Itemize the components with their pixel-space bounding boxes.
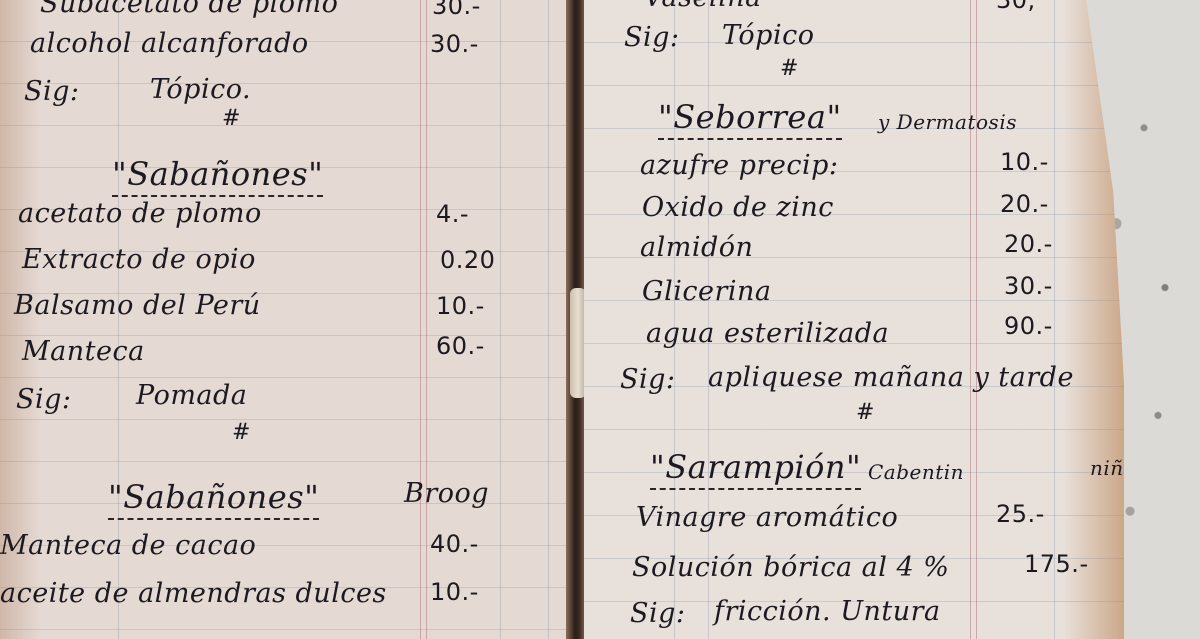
notebook-photo: Subacetato de plomo 30.- alcohol alcanfo… [0, 0, 1200, 639]
sig-label: Sig: [624, 22, 680, 53]
ingredient-line: Balsamo del Perú [14, 290, 261, 321]
sig-text: Pomada [136, 380, 247, 411]
amount: 40.- [430, 530, 479, 558]
sig-text: Tópico [722, 20, 814, 51]
sig-label: Sig: [16, 384, 72, 415]
sig-text: apliquese mañana y tarde [708, 362, 1074, 393]
end-mark: # [222, 106, 240, 131]
amount: 60.- [436, 332, 485, 360]
recipe-title: "Sabañones" [112, 155, 323, 197]
ingredient-line: Oxido de zinc [642, 192, 834, 223]
recipe-author: Cabentin [868, 460, 964, 484]
recipe-title: "Sarampión" [650, 448, 861, 490]
ingredient-line: Vaselina [644, 0, 762, 13]
ingredient-line: Vinagre aromático [636, 502, 898, 533]
amount: 30.- [430, 30, 479, 58]
ingredient-line: Subacetato de plomo [40, 0, 338, 19]
ingredient-line: alcohol alcanforado [30, 28, 309, 59]
ingredient-line: Solución bórica al 4 % [632, 552, 949, 583]
end-mark: # [232, 420, 250, 445]
ingredient-line: Manteca de cacao [0, 530, 256, 561]
recipe-title: "Seborrea" [658, 98, 842, 140]
recipe-subtitle: y Dermatosis [878, 110, 1017, 134]
ingredient-line: azufre precip: [640, 150, 838, 181]
sig-text: Tópico. [150, 74, 251, 105]
amount: 30.- [1004, 272, 1053, 300]
amount: 10.- [430, 578, 479, 606]
sig-label: Sig: [620, 364, 676, 395]
amount: 90.- [1004, 312, 1053, 340]
left-page: Subacetato de plomo 30.- alcohol alcanfo… [0, 0, 572, 639]
amount: 10.- [436, 292, 485, 320]
recipe-title: "Sabañones" [108, 478, 319, 520]
ingredient-line: Manteca [22, 336, 145, 367]
amount: 30.- [432, 0, 481, 20]
ingredient-line: Glicerina [642, 276, 771, 307]
recipe-author: Broog [404, 478, 489, 509]
amount: 0.20 [440, 246, 495, 274]
ingredient-line: almidón [640, 232, 753, 263]
amount: 25.- [996, 500, 1045, 528]
sig-label: Sig: [24, 76, 80, 107]
amount: 10.- [1000, 148, 1049, 176]
end-mark: # [856, 400, 874, 425]
ingredient-line: aceite de almendras dulces [0, 578, 387, 609]
amount: 30, [996, 0, 1036, 14]
sig-text: fricción. Untura [714, 596, 941, 627]
ingredient-line: agua esterilizada [646, 318, 889, 349]
sig-label: Sig: [630, 598, 686, 629]
amount: 4.- [436, 200, 469, 228]
end-mark: # [780, 56, 798, 81]
binding-thread [570, 288, 586, 398]
amount: 20.- [1000, 190, 1049, 218]
amount: 20.- [1004, 230, 1053, 258]
ingredient-line: acetato de plomo [18, 198, 262, 229]
right-page: Vaselina 30, Sig: Tópico # "Seborrea" y … [584, 0, 1124, 639]
ingredient-line: Extracto de opio [22, 244, 256, 275]
amount: 175.- [1024, 550, 1089, 578]
